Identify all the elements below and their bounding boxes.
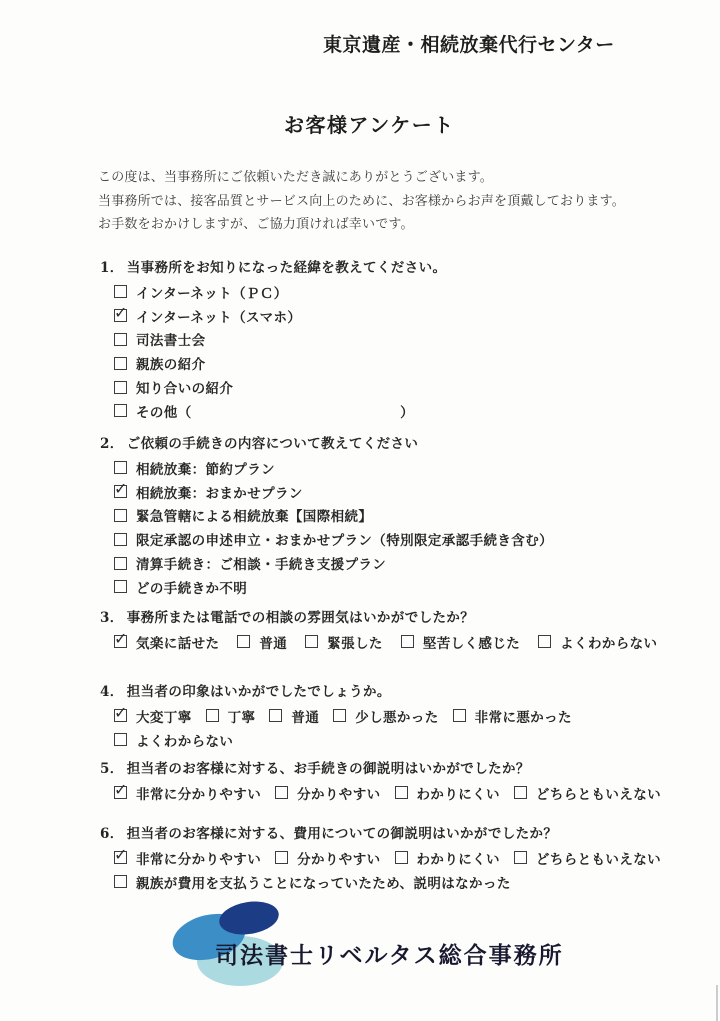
- checkbox-option[interactable]: 大変丁寧: [114, 706, 192, 726]
- checkbox-option[interactable]: どちらともいえない: [514, 848, 661, 868]
- question-text: 事務所または電話での相談の雰囲気はいかがでしたか？: [127, 606, 475, 630]
- option-label: 限定承認の申述申立・おまかせプラン（特別限定承認手続き含む）: [136, 529, 553, 549]
- option-label: 清算手続き：ご相談・手続き支援プラン: [136, 553, 386, 573]
- checkbox-option[interactable]: どちらともいえない: [514, 783, 661, 803]
- option-label: インターネット（ＰＣ）: [136, 282, 288, 302]
- checkbox-option[interactable]: インターネット（スマホ）: [114, 304, 446, 328]
- checkbox-icon[interactable]: [114, 309, 127, 322]
- checkbox-icon[interactable]: [114, 381, 127, 394]
- question-number: 3．: [100, 606, 124, 630]
- question-6: 6． 担当者のお客様に対する、費用についての御説明はいかがでしたか？ 非常に分か…: [100, 822, 675, 894]
- checkbox-option[interactable]: 知り合いの紹介: [114, 375, 446, 399]
- question-1: 1． 当事務所をお知りになった経緯を教えてください。 インターネット（ＰＣ） イ…: [100, 256, 446, 423]
- intro-line: お手数をおかけしますが、ご協力頂ければ幸いです。: [98, 213, 625, 237]
- checkbox-icon[interactable]: [333, 709, 346, 722]
- checkbox-icon[interactable]: [237, 635, 250, 648]
- question-text: 担当者の印象はいかがでしたでしょうか。: [127, 680, 391, 704]
- checkbox-icon[interactable]: [114, 580, 127, 593]
- intro-paragraph: この度は、当事務所にご依頼いただき誠にありがとうございます。 当事務所では、接客…: [98, 166, 625, 237]
- checkbox-icon[interactable]: [114, 786, 127, 799]
- question-2-header: 2． ご依頼の手続きの内容について教えてください: [100, 432, 553, 456]
- checkbox-option[interactable]: 親族が費用を支払うことになっていたため、説明はなかった: [114, 872, 511, 892]
- checkbox-option[interactable]: 非常に分かりやすい: [114, 783, 261, 803]
- option-label: 親族の紹介: [136, 353, 206, 373]
- checkbox-icon[interactable]: [395, 786, 408, 799]
- question-2: 2． ご依頼の手続きの内容について教えてください 相続放棄：節約プラン 相続放棄…: [100, 432, 553, 599]
- checkbox-icon[interactable]: [114, 875, 127, 888]
- option-label: よくわからない: [560, 632, 657, 652]
- option-label: 親族が費用を支払うことになっていたため、説明はなかった: [136, 872, 511, 892]
- question-1-header: 1． 当事務所をお知りになった経緯を教えてください。: [100, 256, 446, 280]
- option-label: どちらともいえない: [536, 848, 661, 868]
- option-label: 分かりやすい: [297, 783, 380, 803]
- option-label: 気楽に話せた: [136, 632, 219, 652]
- question-text: 担当者のお客様に対する、お手続きの御説明はいかがでしたか？: [127, 757, 530, 781]
- intro-line: この度は、当事務所にご依頼いただき誠にありがとうございます。: [98, 166, 625, 190]
- checkbox-icon[interactable]: [395, 851, 408, 864]
- option-label: わかりにくい: [417, 848, 500, 868]
- checkbox-icon[interactable]: [514, 851, 527, 864]
- option-label: 緊急管轄による相続放棄【国際相続】: [136, 505, 372, 525]
- checkbox-icon[interactable]: [453, 709, 466, 722]
- option-label: 大変丁寧: [136, 706, 192, 726]
- organization-name: 東京遺産・相続放棄代行センター: [323, 30, 615, 57]
- question-5-options: 非常に分かりやすい 分かりやすい わかりにくい どちらともいえない: [114, 781, 675, 805]
- checkbox-icon[interactable]: [114, 357, 127, 370]
- checkbox-icon[interactable]: [305, 635, 318, 648]
- question-4-options-row2: よくわからない: [114, 728, 586, 752]
- checkbox-option[interactable]: その他（ ）: [114, 399, 446, 423]
- question-number: 2．: [100, 432, 124, 456]
- checkbox-option[interactable]: 限定承認の申述申立・おまかせプラン（特別限定承認手続き含む）: [114, 527, 553, 551]
- checkbox-option[interactable]: 相続放棄：おまかせプラン: [114, 480, 553, 504]
- checkbox-option[interactable]: 堅苦しく感じた: [401, 632, 520, 652]
- checkbox-option[interactable]: わかりにくい: [395, 848, 500, 868]
- checkbox-icon[interactable]: [269, 709, 282, 722]
- page-title: お客様アンケート: [284, 109, 455, 138]
- checkbox-icon[interactable]: [401, 635, 414, 648]
- question-4: 4． 担当者の印象はいかがでしたでしょうか。 大変丁寧 丁寧 普通 少し悪かった: [100, 680, 586, 752]
- question-3-options: 気楽に話せた 普通 緊張した 堅苦しく感じた よくわからない: [114, 630, 675, 654]
- option-label: インターネット（スマホ）: [136, 306, 301, 326]
- question-4-options-row1: 大変丁寧 丁寧 普通 少し悪かった 非常に悪かった: [114, 704, 586, 728]
- option-label: 丁寧: [228, 706, 256, 726]
- question-6-options-row1: 非常に分かりやすい 分かりやすい わかりにくい どちらともいえない: [114, 846, 675, 870]
- checkbox-icon[interactable]: [206, 709, 219, 722]
- checkbox-icon[interactable]: [114, 404, 127, 417]
- checkbox-option[interactable]: 普通: [269, 706, 319, 726]
- checkbox-option[interactable]: 少し悪かった: [333, 706, 438, 726]
- question-3: 3． 事務所または電話での相談の雰囲気はいかがでしたか？ 気楽に話せた 普通 緊…: [100, 606, 675, 654]
- checkbox-option[interactable]: よくわからない: [114, 730, 233, 750]
- option-label: 司法書士会: [136, 329, 206, 349]
- checkbox-option[interactable]: 緊張した: [305, 632, 383, 652]
- option-label: 非常に分かりやすい: [136, 783, 261, 803]
- checkbox-icon[interactable]: [514, 786, 527, 799]
- question-text: 担当者のお客様に対する、費用についての御説明はいかがでしたか？: [127, 822, 558, 846]
- question-number: 6．: [100, 822, 124, 846]
- checkbox-option[interactable]: 親族の紹介: [114, 351, 446, 375]
- checkbox-option[interactable]: インターネット（ＰＣ）: [114, 280, 446, 304]
- question-3-header: 3． 事務所または電話での相談の雰囲気はいかがでしたか？: [100, 606, 675, 630]
- question-number: 1．: [100, 256, 124, 280]
- option-label: 相続放棄：節約プラン: [136, 458, 275, 478]
- option-label: わかりにくい: [417, 783, 500, 803]
- checkbox-icon[interactable]: [114, 533, 127, 546]
- option-label: その他（ ）: [136, 401, 414, 421]
- checkbox-icon[interactable]: [114, 635, 127, 648]
- checkbox-icon[interactable]: [114, 285, 127, 298]
- survey-sheet: 東京遺産・相続放棄代行センター お客様アンケート この度は、当事務所にご依頼いた…: [0, 0, 720, 1021]
- checkbox-icon[interactable]: [114, 557, 127, 570]
- option-label: 普通: [259, 632, 287, 652]
- option-label: 非常に分かりやすい: [136, 848, 261, 868]
- checkbox-icon[interactable]: [114, 709, 127, 722]
- checkbox-option[interactable]: 司法書士会: [114, 328, 446, 352]
- option-label: 分かりやすい: [297, 848, 380, 868]
- option-label: よくわからない: [136, 730, 233, 750]
- checkbox-option[interactable]: 丁寧: [206, 706, 256, 726]
- question-4-header: 4． 担当者の印象はいかがでしたでしょうか。: [100, 680, 586, 704]
- option-label: どの手続きか不明: [136, 577, 247, 597]
- option-label: 非常に悪かった: [475, 706, 572, 726]
- checkbox-option[interactable]: よくわからない: [538, 632, 657, 652]
- option-label: 知り合いの紹介: [136, 377, 233, 397]
- checkbox-option[interactable]: どの手続きか不明: [114, 575, 553, 599]
- question-6-header: 6． 担当者のお客様に対する、費用についての御説明はいかがでしたか？: [100, 822, 675, 846]
- checkbox-option[interactable]: 分かりやすい: [275, 848, 380, 868]
- checkbox-option[interactable]: 清算手続き：ご相談・手続き支援プラン: [114, 551, 553, 575]
- question-number: 5．: [100, 757, 124, 781]
- checkbox-icon[interactable]: [114, 733, 127, 746]
- option-label: 普通: [291, 706, 319, 726]
- office-name: 司法書士リベルタス総合事務所: [215, 937, 564, 970]
- question-5: 5． 担当者のお客様に対する、お手続きの御説明はいかがでしたか？ 非常に分かりや…: [100, 757, 675, 805]
- question-5-header: 5． 担当者のお客様に対する、お手続きの御説明はいかがでしたか？: [100, 757, 675, 781]
- checkbox-option[interactable]: 緊急管轄による相続放棄【国際相続】: [114, 504, 553, 528]
- checkbox-icon[interactable]: [275, 786, 288, 799]
- checkbox-option[interactable]: 普通: [237, 632, 287, 652]
- checkbox-option[interactable]: 非常に悪かった: [453, 706, 572, 726]
- option-label: 少し悪かった: [355, 706, 438, 726]
- checkbox-icon[interactable]: [114, 509, 127, 522]
- checkbox-option[interactable]: 相続放棄：節約プラン: [114, 456, 553, 480]
- checkbox-icon[interactable]: [114, 333, 127, 346]
- checkbox-option[interactable]: 分かりやすい: [275, 783, 380, 803]
- question-text: ご依頼の手続きの内容について教えてください: [127, 432, 419, 456]
- checkbox-icon[interactable]: [538, 635, 551, 648]
- option-label: 相続放棄：おまかせプラン: [136, 482, 303, 502]
- scan-artifact-line: [716, 985, 718, 1021]
- checkbox-icon[interactable]: [114, 461, 127, 474]
- option-label: 緊張した: [327, 632, 383, 652]
- checkbox-icon[interactable]: [275, 851, 288, 864]
- checkbox-icon[interactable]: [114, 485, 127, 498]
- option-label: 堅苦しく感じた: [423, 632, 520, 652]
- intro-line: 当事務所では、接客品質とサービス向上のために、お客様からお声を頂戴しております。: [98, 190, 625, 214]
- checkbox-icon[interactable]: [114, 851, 127, 864]
- option-label: どちらともいえない: [536, 783, 661, 803]
- checkbox-option[interactable]: 非常に分かりやすい: [114, 848, 261, 868]
- question-text: 当事務所をお知りになった経緯を教えてください。: [127, 256, 447, 280]
- question-number: 4．: [100, 680, 124, 704]
- checkbox-option[interactable]: わかりにくい: [395, 783, 500, 803]
- question-6-options-row2: 親族が費用を支払うことになっていたため、説明はなかった: [114, 870, 675, 894]
- checkbox-option[interactable]: 気楽に話せた: [114, 632, 219, 652]
